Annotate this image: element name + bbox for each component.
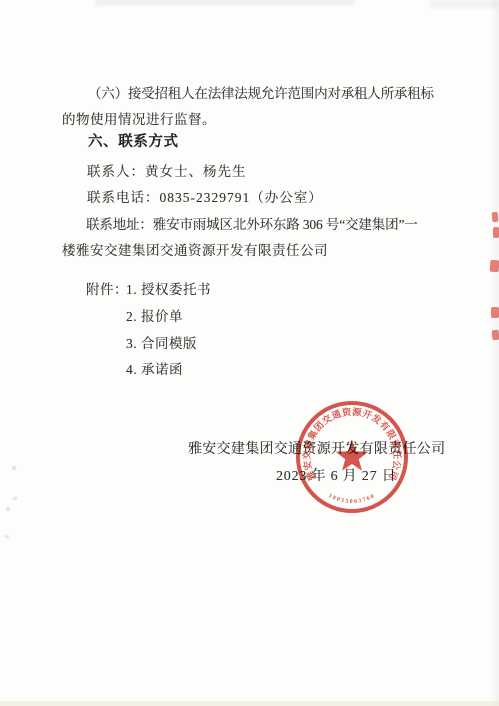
- edge-seal-fragment: [491, 307, 499, 318]
- clause-six-line2: 的物使用情况进行监督。: [62, 112, 216, 127]
- section-heading-contact: 六、联系方式: [88, 135, 179, 150]
- scan-smudge: [95, 0, 355, 5]
- scan-edge-shade: [0, 701, 499, 706]
- scan-speck: [6, 507, 10, 511]
- attachment-item: 2. 报价单: [126, 309, 183, 324]
- contact-address-line1: 联系地址：雅安市雨城区北外环东路 306 号“交建集团”一: [86, 217, 418, 232]
- scan-speck: [13, 497, 17, 500]
- attachment-item: 3. 合同模版: [126, 336, 197, 351]
- attachments-label: 附件：: [86, 282, 128, 297]
- edge-seal-fragment: [490, 260, 499, 273]
- clause-six-line1: （六）接受招租人在法律法规允许范围内对承租人所承租标: [88, 86, 434, 101]
- scan-edge-shade: [490, 0, 499, 706]
- seal-serial-number: 18035063760: [327, 493, 376, 505]
- scan-speck: [12, 466, 16, 470]
- seal-serial-text-path: 18035063760: [327, 493, 376, 505]
- contact-address-line2: 楼雅安交建集团交通资源开发有限责任公司: [62, 243, 328, 258]
- edge-seal-fragment: [492, 330, 499, 341]
- attachment-item: 4. 承诺函: [126, 362, 183, 377]
- scanned-document-page: （六）接受招租人在法律法规允许范围内对承租人所承租标 的物使用情况进行监督。 六…: [0, 0, 499, 706]
- scan-smudge: [430, 0, 499, 8]
- edge-seal-fragment: [493, 227, 499, 238]
- contact-person: 联系人：黄女士、杨先生: [87, 164, 247, 179]
- seal-star-icon: [336, 440, 368, 471]
- edge-seal-fragment: [491, 212, 498, 223]
- scan-speck: [5, 535, 9, 538]
- official-red-seal: 雅安交建集团交通资源开发有限责任公司 18035063760: [277, 382, 427, 532]
- contact-phone: 联系电话：0835-2329791（办公室）: [87, 190, 323, 205]
- attachment-item: 1. 授权委托书: [126, 282, 211, 297]
